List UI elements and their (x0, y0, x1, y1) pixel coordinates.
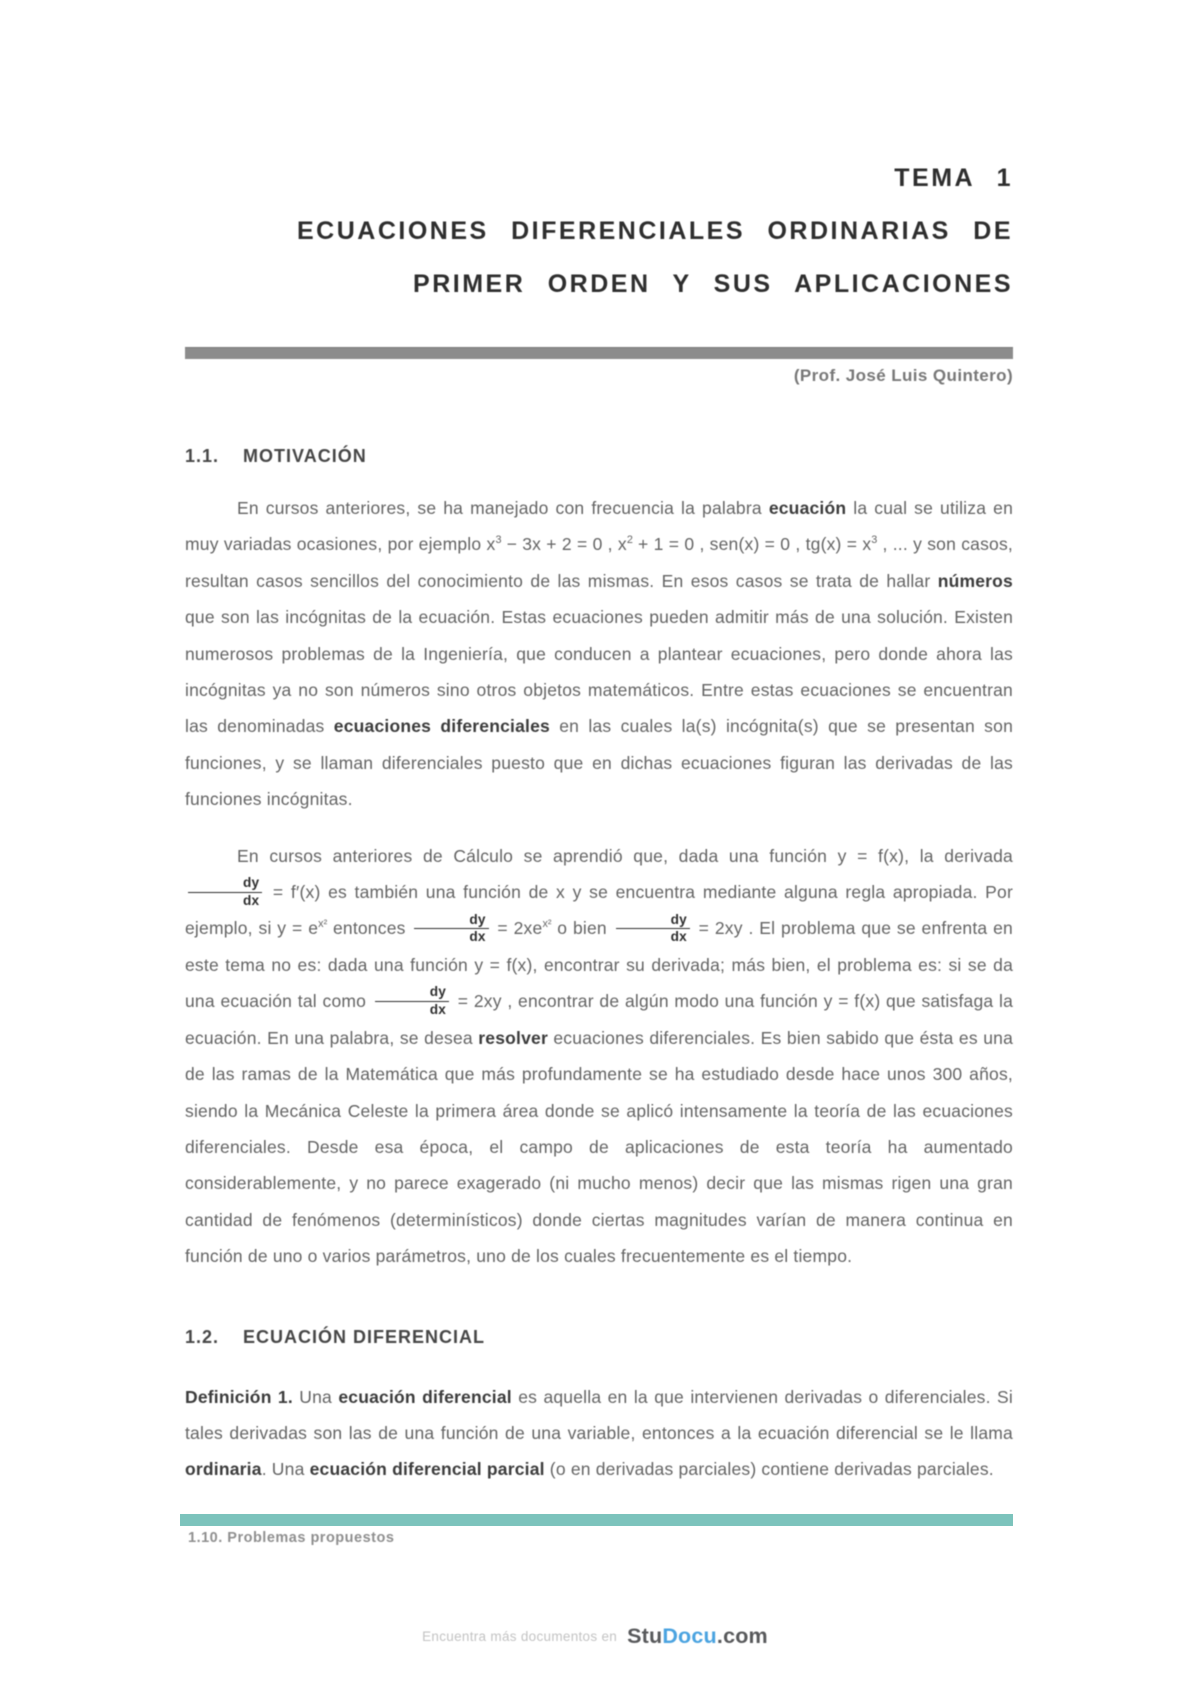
title-line-2: ECUACIONES DIFERENCIALES ORDINARIAS DE (185, 205, 1013, 258)
title-line-1: TEMA 1 (185, 152, 1013, 205)
section-number: 1.2. (185, 1325, 219, 1349)
paragraph-definition-1: Definición 1. Una ecuación diferencial e… (185, 1379, 1013, 1488)
paragraph-motivacion-1: En cursos anteriores, se ha manejado con… (185, 490, 1013, 818)
section-heading-motivacion: 1.1.MOTIVACIÓN (185, 444, 1013, 468)
document-page: TEMA 1 ECUACIONES DIFERENCIALES ORDINARI… (0, 0, 1190, 1684)
section-title: MOTIVACIÓN (243, 446, 367, 466)
inline-fraction: dydx (414, 913, 488, 945)
paragraph-motivacion-2: En cursos anteriores de Cálculo se apren… (185, 838, 1013, 1275)
inline-fraction: dydx (375, 985, 449, 1017)
studocu-logo-stu: Stu (627, 1624, 662, 1648)
watermark: Encuentra más documentos enStuDocu.com (0, 1624, 1190, 1649)
document-title: TEMA 1 ECUACIONES DIFERENCIALES ORDINARI… (185, 152, 1013, 311)
section-heading-ecuacion-diferencial: 1.2.ECUACIÓN DIFERENCIAL (185, 1325, 1013, 1349)
studocu-logo: StuDocu.com (627, 1624, 768, 1648)
title-divider-bar (185, 347, 1013, 359)
title-line-3: PRIMER ORDEN Y SUS APLICACIONES (185, 258, 1013, 311)
footer-accent-bar (180, 1514, 1013, 1526)
section-title: ECUACIÓN DIFERENCIAL (243, 1327, 485, 1347)
inline-fraction: dydx (188, 876, 262, 908)
footer-toc-line: 1.10. Problemas propuestos (188, 1530, 394, 1546)
inline-fraction: dydx (616, 913, 690, 945)
section-number: 1.1. (185, 444, 219, 468)
author-line: (Prof. José Luis Quintero) (185, 364, 1013, 388)
page-content: TEMA 1 ECUACIONES DIFERENCIALES ORDINARI… (185, 0, 1013, 1488)
watermark-text: Encuentra más documentos en (422, 1629, 617, 1644)
studocu-logo-docu: Docu (662, 1624, 717, 1648)
studocu-logo-com: .com (717, 1624, 768, 1648)
